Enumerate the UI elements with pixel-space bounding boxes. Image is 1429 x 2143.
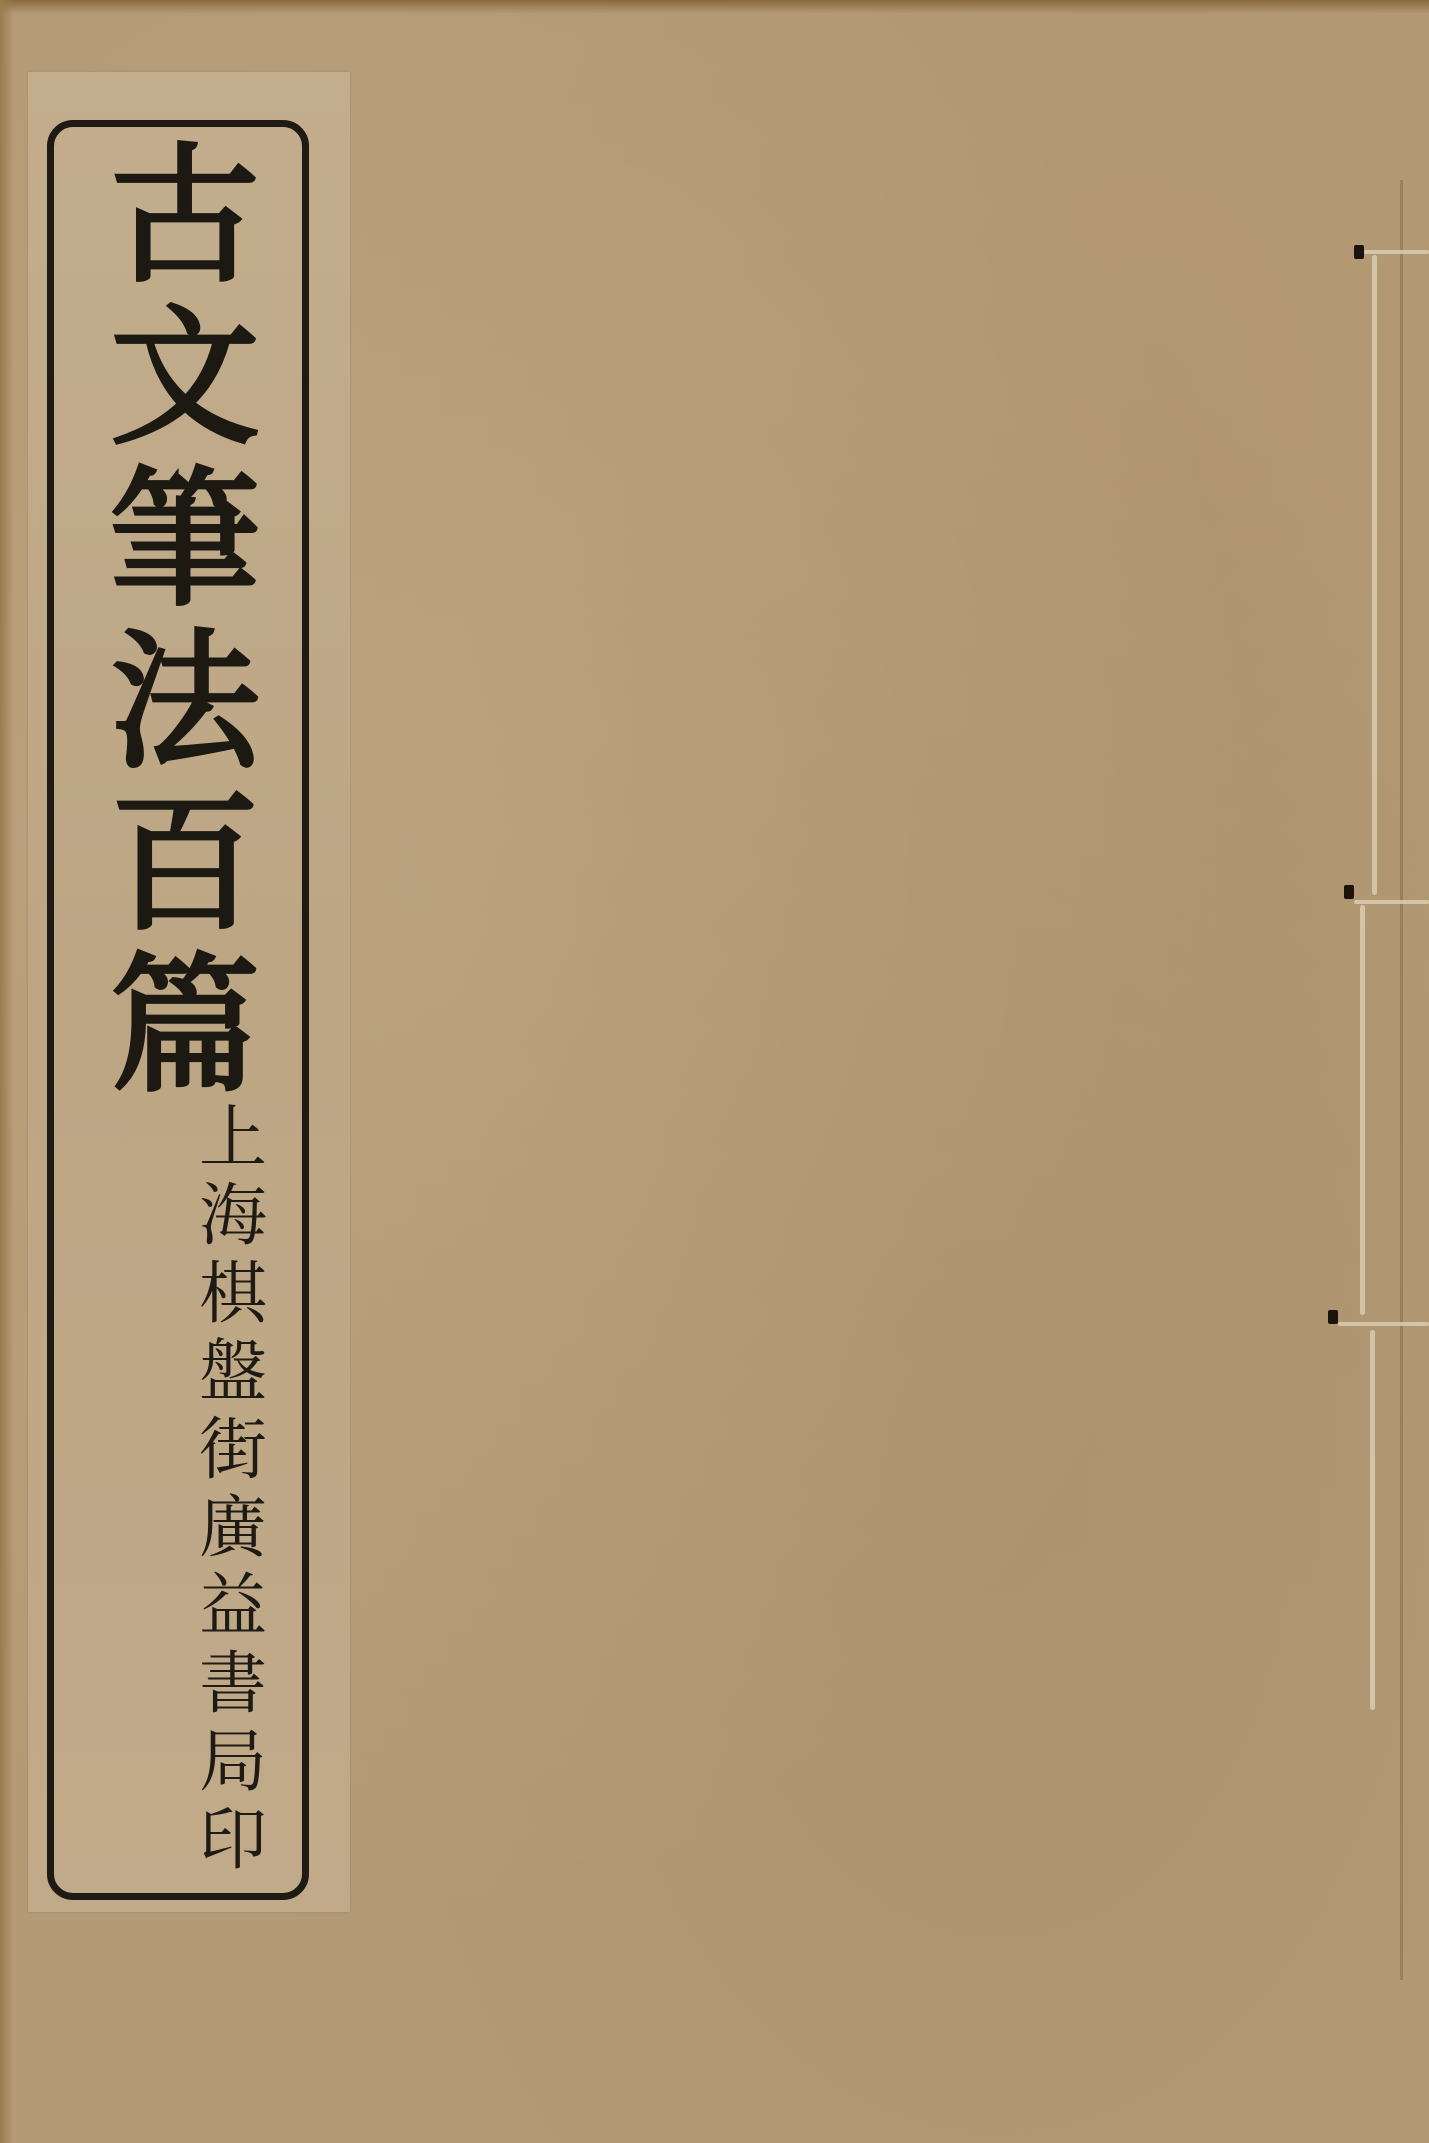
- cover-left-edge: [0, 0, 14, 2143]
- book-title: 古 文 筆 法 百 篇: [100, 135, 270, 1107]
- binding-thread: [1354, 900, 1429, 904]
- publisher-char: 書: [199, 1646, 267, 1724]
- binding-thread: [1360, 905, 1365, 1315]
- title-char: 文: [110, 297, 260, 459]
- title-char: 百: [110, 783, 260, 945]
- publisher-char: 局: [199, 1724, 267, 1802]
- title-char: 古: [110, 135, 260, 297]
- title-char: 法: [110, 621, 260, 783]
- stitch-hole-icon: [1328, 1310, 1338, 1324]
- publisher-char: 益: [199, 1568, 267, 1646]
- title-char: 筆: [110, 459, 260, 621]
- binding-thread: [1370, 1330, 1375, 1710]
- binding-thread: [1372, 255, 1377, 895]
- publisher-char: 盤: [199, 1334, 267, 1412]
- binding-thread: [1364, 250, 1429, 254]
- book-cover: 古 文 筆 法 百 篇 上 海 棋 盤 街 廣 益 書 局 印: [0, 0, 1429, 2143]
- publisher-char: 印: [199, 1802, 267, 1880]
- binding-thread: [1338, 1322, 1429, 1326]
- publisher-char: 棋: [199, 1256, 267, 1334]
- publisher-char: 上: [199, 1100, 267, 1178]
- stitch-binding: [1330, 0, 1429, 2143]
- publisher-imprint: 上 海 棋 盤 街 廣 益 書 局 印: [188, 1100, 278, 1880]
- cover-top-edge: [0, 0, 1429, 14]
- stitch-hole-icon: [1344, 885, 1354, 899]
- title-char: 篇: [110, 945, 260, 1107]
- publisher-char: 街: [199, 1412, 267, 1490]
- stitch-hole-icon: [1354, 245, 1364, 259]
- publisher-char: 廣: [199, 1490, 267, 1568]
- publisher-char: 海: [199, 1178, 267, 1256]
